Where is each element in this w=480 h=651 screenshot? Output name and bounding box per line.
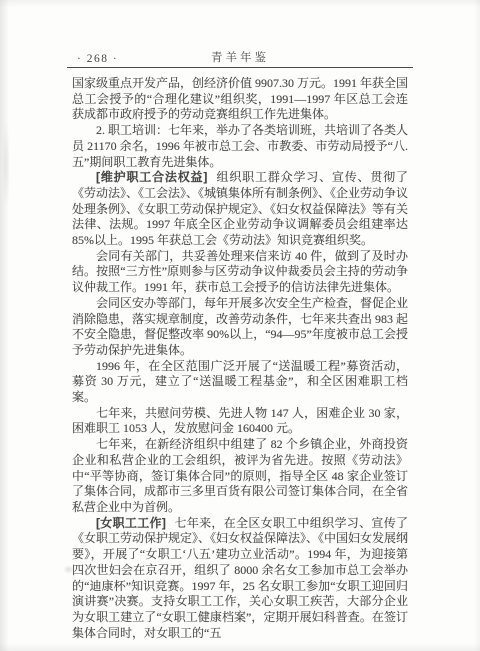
book-title: 青羊年鉴 [68, 49, 412, 65]
paragraph: 七年来，共慰问劳模、先进人物 147 人，困难企业 30 家，困难职工 1053… [72, 406, 408, 437]
paragraph: 七年来，在新经济组织中组建了 82 个乡镇企业，外商投资企业和私营企业的工会组织… [72, 437, 408, 516]
paragraph-with-heading: [维护职工合法权益]组织职工群众学习、宣传、贯彻了《劳动法》、《工会法》、《城镇… [72, 170, 408, 249]
section-heading: [女职工工作] [96, 516, 166, 530]
header-rule [67, 67, 413, 68]
section-heading: [维护职工合法权益] [96, 170, 207, 184]
paragraph: 会同区安办等部门，每年开展多次安全生产检查，督促企业消除隐患，落实规章制度，改善… [72, 296, 408, 359]
paragraph: 会同有关部门，共妥善处理来信来访 40 件，做到了及时办结。按照“三方性”原则参… [72, 249, 408, 296]
scan-smudge [2, 120, 10, 210]
page-header: · 268 · 青羊年鉴 [68, 0, 412, 65]
paragraph-with-heading: [女职工工作]七年来，在全区女职工中组织学习、宣传了《女职工劳动保护规定》、《妇… [72, 516, 408, 642]
paragraph: 2. 职工培训：七年来，举办了各类培训班，共培训了各类人员 21170 余名，1… [72, 123, 408, 170]
paragraph: 1996 年，在全区范围广泛开展了“送温暖工程”募资活动，募资 30 万元，建立… [72, 359, 408, 406]
scanned-book-page: · 268 · 青羊年鉴 国家级重点开发产品，创经济价值 9907.30 万元。… [0, 0, 480, 651]
body-text: 国家级重点开发产品，创经济价值 9907.30 万元。1991 年获全国总工会授… [72, 76, 408, 641]
paragraph: 国家级重点开发产品，创经济价值 9907.30 万元。1991 年获全国总工会授… [72, 76, 408, 123]
